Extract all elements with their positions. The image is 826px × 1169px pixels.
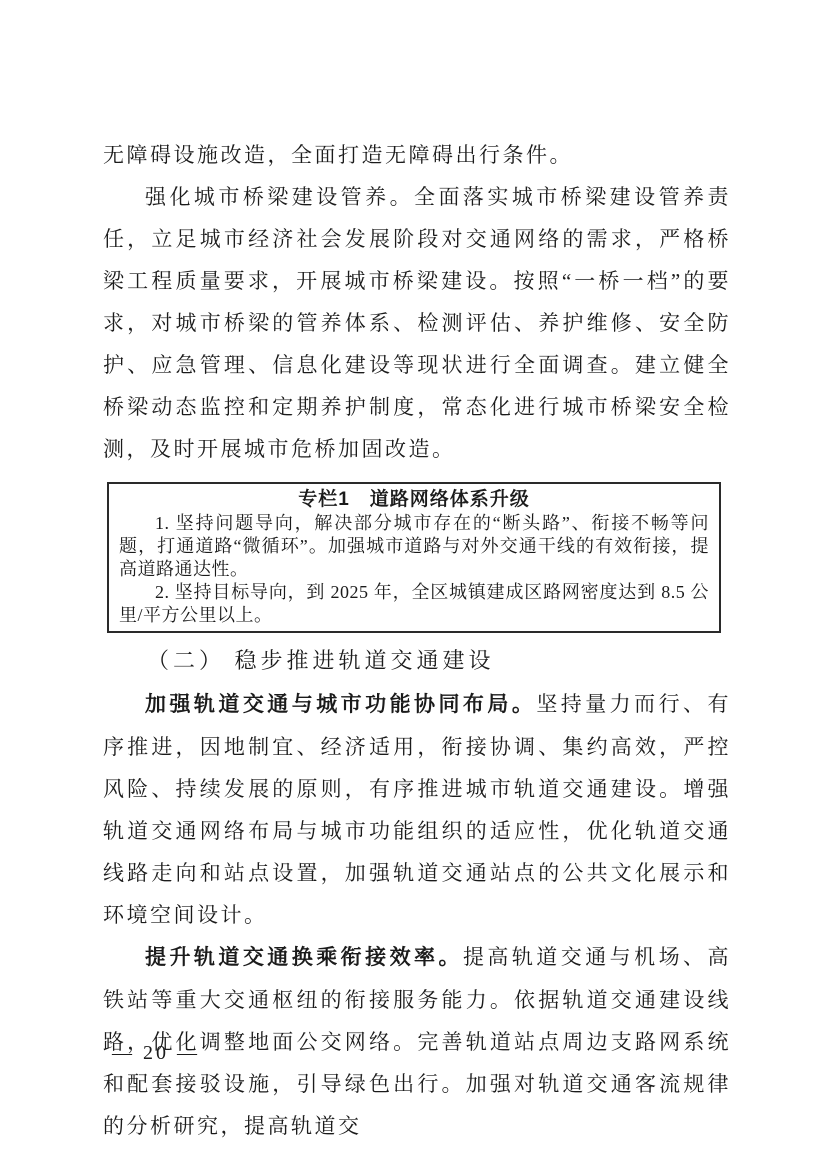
paragraph-lead: 加强轨道交通与城市功能协同布局。 [145,693,536,716]
paragraph-bridge-management: 强化城市桥梁建设管养。全面落实城市桥梁建设管养责任，立足城市经济社会发展阶段对交… [103,176,731,470]
column-box-title: 专栏1 道路网络体系升级 [119,487,709,512]
section-heading: （二） 稳步推进轨道交通建设 [103,639,731,683]
page-number: — 20 — [112,1037,200,1069]
document-page: 无障碍设施改造，全面打造无障碍出行条件。 强化城市桥梁建设管养。全面落实城市桥梁… [0,0,826,1169]
column-box-road-network: 专栏1 道路网络体系升级 1. 坚持问题导向，解决部分城市存在的“断头路”、衔接… [107,482,721,633]
paragraph-text: 无障碍设施改造，全面打造无障碍出行条件。 [103,143,573,167]
column-box-item: 1. 坚持问题导向，解决部分城市存在的“断头路”、衔接不畅等问题，打通道路“微循… [119,512,709,581]
paragraph-continuation: 无障碍设施改造，全面打造无障碍出行条件。 [103,134,731,176]
paragraph-rail-layout: 加强轨道交通与城市功能协同布局。坚持量力而行、有序推进，因地制宜、经济适用，衔接… [103,683,731,936]
content-area: 无障碍设施改造，全面打造无障碍出行条件。 强化城市桥梁建设管养。全面落实城市桥梁… [103,134,731,1147]
column-box-item: 2. 坚持目标导向，到 2025 年，全区城镇建成区路网密度达到 8.5 公里/… [119,581,709,627]
paragraph-lead: 提升轨道交通换乘衔接效率。 [145,946,463,969]
paragraph-text: 坚持量力而行、有序推进，因地制宜、经济适用，衔接协调、集约高效，严控风险、持续发… [103,692,731,927]
paragraph-text: 强化城市桥梁建设管养。全面落实城市桥梁建设管养责任，立足城市经济社会发展阶段对交… [103,185,731,461]
